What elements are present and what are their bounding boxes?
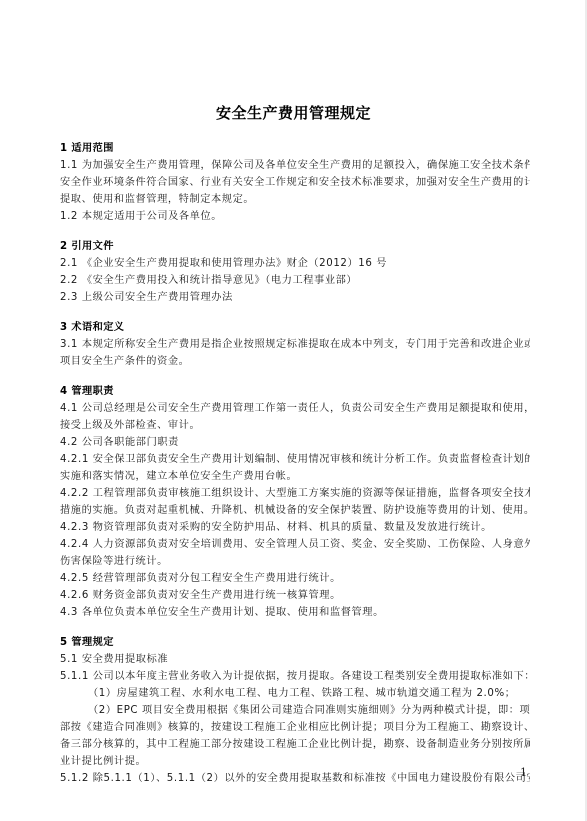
paragraph-line: 部按《建造合同准则》核算的，按建设工程施工企业相应比例计提；项目分为工程施工、勘… bbox=[60, 719, 530, 736]
document-body: 1 适用范围 1.1 为加强安全生产费用管理，保障公司及各单位安全生产费用的足额… bbox=[60, 140, 530, 787]
paragraph-line: 业计提比例计提。 bbox=[60, 753, 530, 770]
section-heading: 3 术语和定义 bbox=[60, 319, 530, 336]
page-number: 1 bbox=[520, 766, 527, 779]
document-title: 安全生产费用管理规定 bbox=[0, 102, 587, 123]
section-gap bbox=[60, 306, 530, 319]
paragraph-line-indented: （2）EPC 项目安全费用根据《集团公司建造合同准则实施细则》分为两种模式计提，… bbox=[60, 702, 530, 719]
paragraph-line: 4.2.1 安全保卫部负责安全生产费用计划编制、使用情况审核和统计分析工作。负责… bbox=[60, 451, 530, 468]
paragraph-line: 2.2 《安全生产费用投入和统计指导意见》（电力工程事业部） bbox=[60, 272, 530, 289]
paragraph-line: 4.3 各单位负责本单位安全生产费用计划、提取、使用和监督管理。 bbox=[60, 604, 530, 621]
paragraph-line: 4.2.6 财务资金部负责对安全生产费用进行统一核算管理。 bbox=[60, 587, 530, 604]
paragraph-line: 备三部分核算的，其中工程施工部分按建设工程施工企业比例计提，勘察、设备制造业务分… bbox=[60, 736, 530, 753]
paragraph-line: 4.2 公司各职能部门职责 bbox=[60, 434, 530, 451]
paragraph-line: 伤害保险等进行统计。 bbox=[60, 553, 530, 570]
section-heading: 5 管理规定 bbox=[60, 634, 530, 651]
paragraph-line: 1.1 为加强安全生产费用管理，保障公司及各单位安全生产费用的足额投入，确保施工… bbox=[60, 157, 530, 174]
paragraph-line: 项目安全生产条件的资金。 bbox=[60, 353, 530, 370]
paragraph-line: 提取、使用和监督管理，特制定本规定。 bbox=[60, 191, 530, 208]
paragraph-line: 措施的实施。负责对起重机械、升降机、机械设备的安全保护装置、防护设施等费用的计划… bbox=[60, 502, 530, 519]
section-gap bbox=[60, 225, 530, 238]
paragraph-line: 2.1 《企业安全生产费用提取和使用管理办法》财企（2012）16 号 bbox=[60, 255, 530, 272]
paragraph-line: 5.1.2 除5.1.1（1）、5.1.1（2）以外的安全费用提取基数和标准按《… bbox=[60, 770, 530, 787]
paragraph-line-indented: （1）房屋建筑工程、水利水电工程、电力工程、铁路工程、城市轨道交通工程为 2.0… bbox=[60, 685, 530, 702]
paragraph-line: 4.2.5 经营管理部负责对分包工程安全生产费用进行统计。 bbox=[60, 570, 530, 587]
section-gap bbox=[60, 621, 530, 634]
paragraph-line: 5.1 安全费用提取标准 bbox=[60, 651, 530, 668]
paragraph-line: 4.1 公司总经理是公司安全生产费用管理工作第一责任人，负责公司安全生产费用足额… bbox=[60, 400, 530, 417]
paragraph-line: 4.2.4 人力资源部负责对安全培训费用、安全管理人员工资、奖金、安全奖励、工伤… bbox=[60, 536, 530, 553]
section-gap bbox=[60, 370, 530, 383]
paragraph-line: 实施和落实情况，建立本单位安全生产费用台帐。 bbox=[60, 468, 530, 485]
paragraph-line: 4.2.2 工程管理部负责审核施工组织设计、大型施工方案实施的资源等保证措施，监… bbox=[60, 485, 530, 502]
paragraph-line: 2.3 上级公司安全生产费用管理办法 bbox=[60, 289, 530, 306]
section-heading: 4 管理职责 bbox=[60, 383, 530, 400]
paragraph-line: 安全作业环境条件符合国家、行业有关安全工作规定和安全技术标准要求，加强对安全生产… bbox=[60, 174, 530, 191]
paragraph-line: 4.2.3 物资管理部负责对采购的安全防护用品、材料、机具的质量、数量及发放进行… bbox=[60, 519, 530, 536]
paragraph-line: 接受上级及外部检查、审计。 bbox=[60, 417, 530, 434]
section-heading: 2 引用文件 bbox=[60, 238, 530, 255]
paragraph-line: 1.2 本规定适用于公司及各单位。 bbox=[60, 208, 530, 225]
paragraph-line: 3.1 本规定所称安全生产费用是指企业按照规定标准提取在成本中列支，专门用于完善… bbox=[60, 336, 530, 353]
paragraph-line: 5.1.1 公司以本年度主营业务收入为计提依据，按月提取。各建设工程类别安全费用… bbox=[60, 668, 530, 685]
section-heading: 1 适用范围 bbox=[60, 140, 530, 157]
